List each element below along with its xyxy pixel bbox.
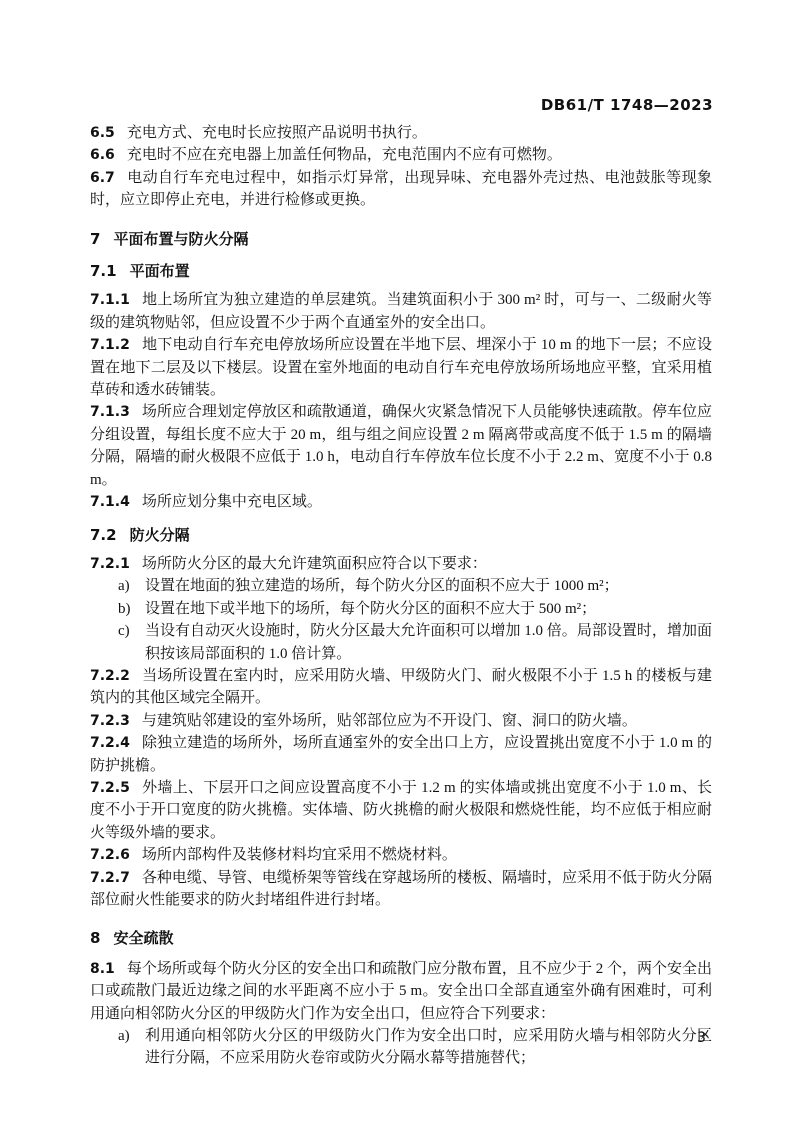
clause-7-1-4: 7.1.4场所应划分集中充电区域。 [90,491,712,513]
clause-text: 每个场所或每个防火分区的安全出口和疏散门应分散布置，且不应少于 2 个，两个安全… [90,961,712,1022]
clause-7-2-4: 7.2.4除独立建造的场所外，场所直通室外的安全出口上方，应设置挑出宽度不小于 … [90,732,712,777]
clause-number: 7.1.1 [90,292,142,308]
clause-8-1: 8.1每个场所或每个防火分区的安全出口和疏散门应分散布置，且不应少于 2 个，两… [90,958,712,1025]
subsection-heading-7-1: 7.1平面布置 [90,260,712,282]
clause-text: 地下电动自行车充电停放场所应设置在半地下层、埋深小于 10 m 的地下一层；不应… [90,337,712,398]
list-marker: c) [118,620,145,665]
clause-7-1-1: 7.1.1地上场所宜为独立建造的单层建筑。当建筑面积小于 300 m² 时，可与… [90,289,712,334]
list-item-text: 利用通向相邻防火分区的甲级防火门作为安全出口时，应采用防火墙与相邻防火分区进行分… [145,1025,712,1070]
clause-number: 7.1.4 [90,494,142,510]
clause-7-2-2: 7.2.2当场所设置在室内时，应采用防火墙、甲级防火门、耐火极限不小于 1.5 … [90,665,712,710]
subsection-title: 防火分隔 [130,526,190,544]
clause-7-2-3: 7.2.3与建筑贴邻建设的室外场所，贴邻部位应为不开设门、窗、洞口的防火墙。 [90,710,712,732]
clause-number: 7.1.3 [90,404,142,420]
clause-text: 场所应划分集中充电区域。 [142,494,322,510]
clause-number: 6.5 [90,125,127,141]
page-body: 6.5充电方式、充电时长应按照产品说明书执行。 6.6充电时不应在充电器上加盖任… [90,122,712,1070]
clause-text: 充电时不应在充电器上加盖任何物品，充电范围内不应有可燃物。 [127,147,562,163]
clause-number: 7.2.2 [90,668,142,684]
section-title: 平面布置与防火分隔 [113,230,248,248]
list-item-c: c)当设有自动灭火设施时，防火分区最大允许面积可以增加 1.0 倍。局部设置时，… [90,620,712,665]
clause-7-1-3: 7.1.3场所应合理划定停放区和疏散通道，确保火灾紧急情况下人员能够快速疏散。停… [90,401,712,491]
clause-6-7: 6.7电动自行车充电过程中，如指示灯异常，出现异味、充电器外壳过热、电池鼓胀等现… [90,167,712,212]
clause-text: 场所防火分区的最大允许建筑面积应符合以下要求： [142,556,487,572]
subsection-title: 平面布置 [130,262,190,280]
clause-number: 7.2.5 [90,780,142,796]
clause-text: 场所内部构件及装修材料均宜采用不燃烧材料。 [142,847,457,863]
clause-text: 与建筑贴邻建设的室外场所，贴邻部位应为不开设门、窗、洞口的防火墙。 [142,713,637,729]
clause-7-2-6: 7.2.6场所内部构件及装修材料均宜采用不燃烧材料。 [90,844,712,866]
list-item-b: b)设置在地下或半地下的场所，每个防火分区的面积不应大于 500 m²； [90,598,712,620]
list-marker: a) [118,575,145,597]
clause-text: 各种电缆、导管、电缆桥架等管线在穿越场所的楼板、隔墙时，应采用不低于防火分隔部位… [90,870,712,908]
section-number: 7 [90,230,113,248]
clause-number: 6.6 [90,147,127,163]
clause-text: 地上场所宜为独立建造的单层建筑。当建筑面积小于 300 m² 时，可与一、二级耐… [90,292,712,330]
clause-number: 7.1.2 [90,337,142,353]
clause-7-1-2: 7.1.2地下电动自行车充电停放场所应设置在半地下层、埋深小于 10 m 的地下… [90,334,712,401]
clause-number: 7.2.4 [90,735,142,751]
list-item-a: a)利用通向相邻防火分区的甲级防火门作为安全出口时，应采用防火墙与相邻防火分区进… [90,1025,712,1070]
clause-text: 电动自行车充电过程中，如指示灯异常，出现异味、充电器外壳过热、电池鼓胀等现象时，… [90,170,712,208]
list-marker: a) [118,1025,145,1070]
document-page: { "header": { "doc_number": "DB61/T 1748… [0,0,793,1122]
clause-7-2-1: 7.2.1场所防火分区的最大允许建筑面积应符合以下要求： [90,553,712,575]
clause-number: 7.2.6 [90,847,142,863]
clause-6-5: 6.5充电方式、充电时长应按照产品说明书执行。 [90,122,712,144]
clause-text: 当场所设置在室内时，应采用防火墙、甲级防火门、耐火极限不小于 1.5 h 的楼板… [90,668,712,706]
list-item-text: 设置在地下或半地下的场所，每个防火分区的面积不应大于 500 m²； [145,598,712,620]
clause-7-2-7: 7.2.7各种电缆、导管、电缆桥架等管线在穿越场所的楼板、隔墙时，应采用不低于防… [90,867,712,912]
clause-number: 7.2.3 [90,713,142,729]
subsection-number: 7.2 [90,526,130,544]
list-item-text: 当设有自动灭火设施时，防火分区最大允许面积可以增加 1.0 倍。局部设置时，增加… [145,620,712,665]
list-item-a: a)设置在地面的独立建造的场所，每个防火分区的面积不应大于 1000 m²； [90,575,712,597]
section-heading-8: 8安全疏散 [90,927,712,949]
clause-text: 充电方式、充电时长应按照产品说明书执行。 [127,125,427,141]
subsection-heading-7-2: 7.2防火分隔 [90,524,712,546]
document-number: DB61/T 1748—2023 [541,96,713,114]
list-item-text: 设置在地面的独立建造的场所，每个防火分区的面积不应大于 1000 m²； [145,575,712,597]
clause-text: 场所应合理划定停放区和疏散通道，确保火灾紧急情况下人员能够快速疏散。停车位应分组… [90,404,712,487]
section-number: 8 [90,929,113,947]
clause-number: 7.2.7 [90,870,142,886]
list-marker: b) [118,598,145,620]
clause-text: 除独立建造的场所外，场所直通室外的安全出口上方，应设置挑出宽度不小于 1.0 m… [90,735,712,773]
clause-text: 外墙上、下层开口之间应设置高度不小于 1.2 m 的实体墙或挑出宽度不小于 1.… [90,780,712,841]
clause-number: 8.1 [90,961,127,977]
clause-7-2-5: 7.2.5外墙上、下层开口之间应设置高度不小于 1.2 m 的实体墙或挑出宽度不… [90,777,712,844]
clause-6-6: 6.6充电时不应在充电器上加盖任何物品，充电范围内不应有可燃物。 [90,144,712,166]
subsection-number: 7.1 [90,262,130,280]
page-number: 3 [697,1030,706,1046]
clause-number: 6.7 [90,170,127,186]
section-title: 安全疏散 [113,929,173,947]
section-heading-7: 7平面布置与防火分隔 [90,228,712,250]
clause-number: 7.2.1 [90,556,142,572]
